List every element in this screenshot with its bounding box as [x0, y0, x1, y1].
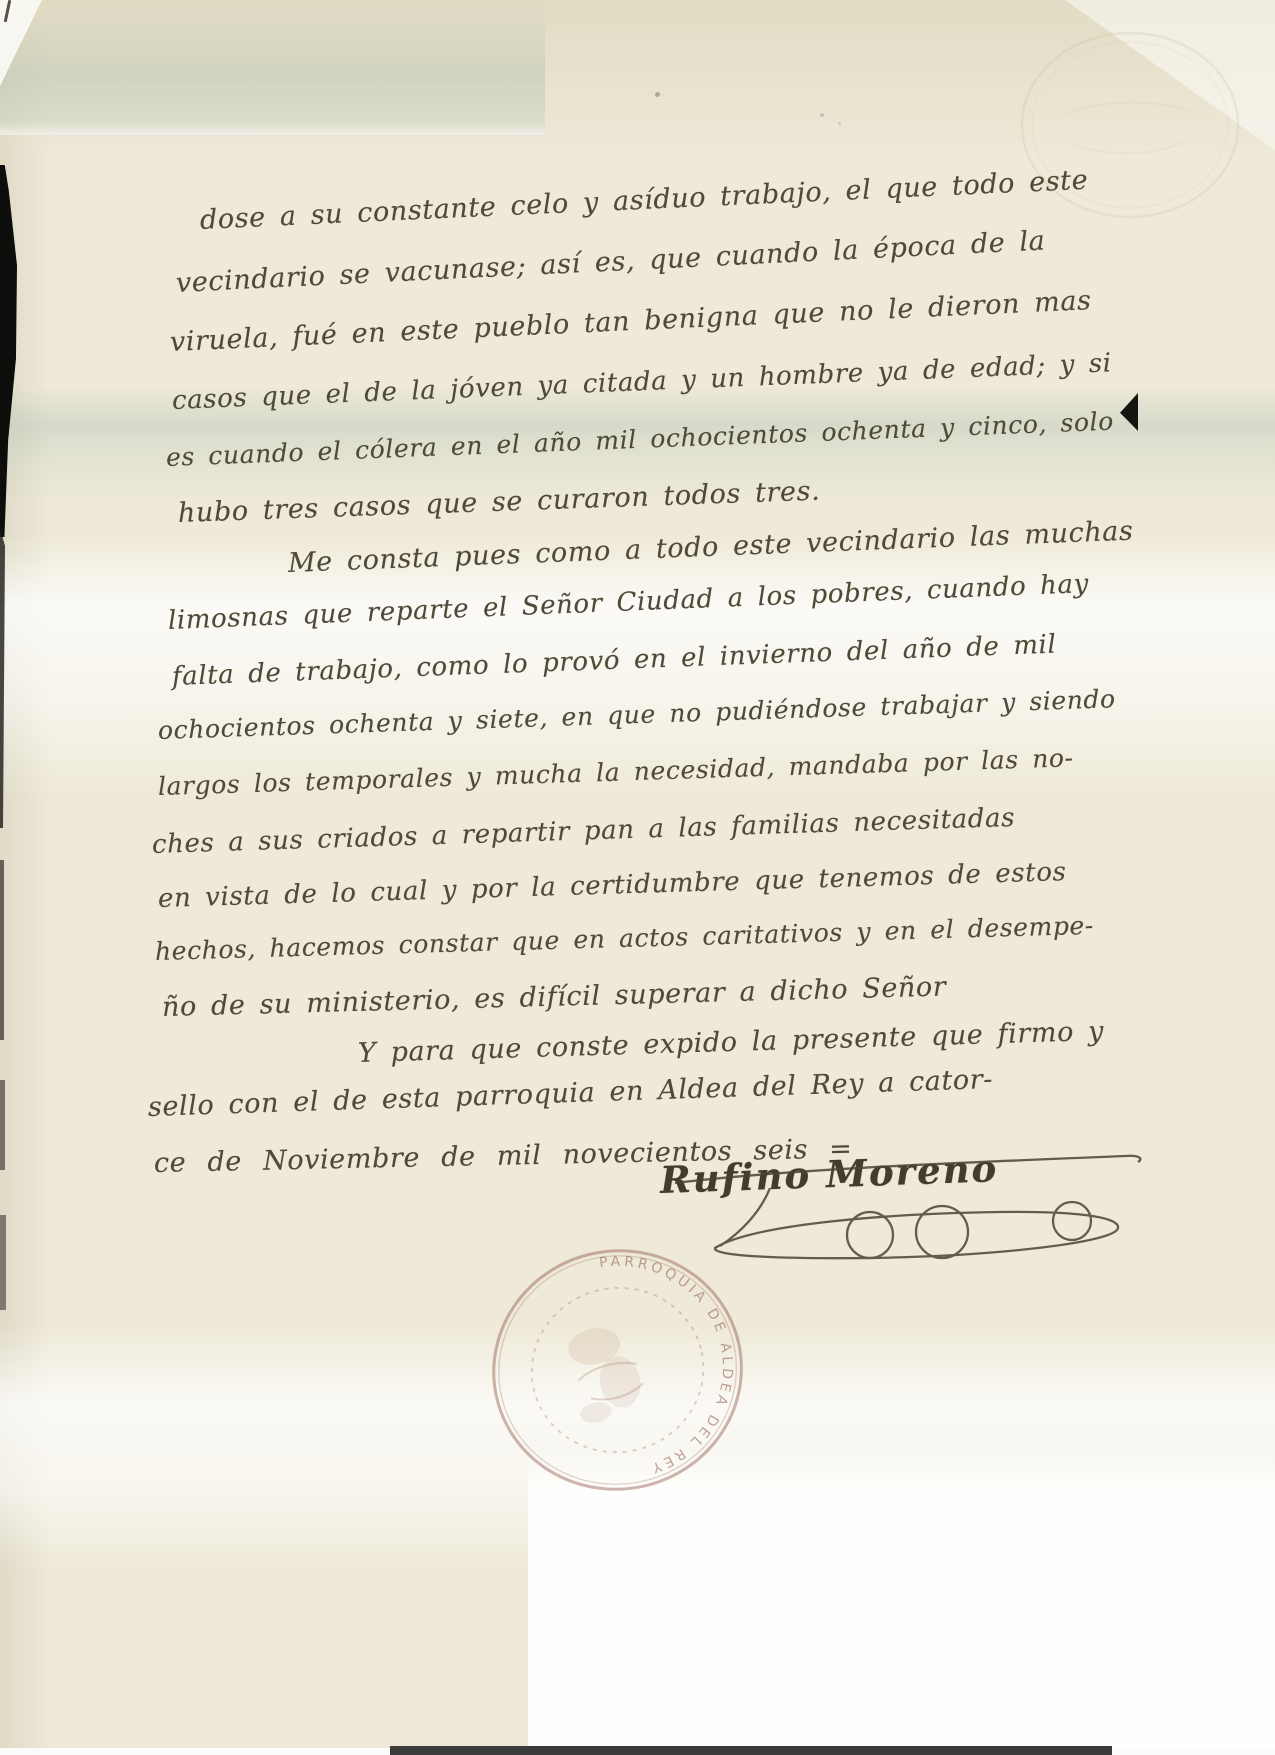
- ink-speck: [838, 122, 841, 125]
- embossed-seal-icon: [975, 20, 1275, 235]
- scan-artifact-left-edge: [0, 1215, 6, 1310]
- scanned-manuscript-page: dose a su constante celo y asíduo trabaj…: [0, 0, 1275, 1755]
- ink-speck: [820, 113, 824, 117]
- scan-artifact-bottom-bar: [390, 1746, 1112, 1755]
- ink-speck: [655, 92, 660, 97]
- scan-artifact-left-edge: [0, 860, 4, 1040]
- paper-fold-band: [0, 0, 545, 135]
- svg-text:PARROQUIA DE ALDEA DEL REY: PARROQUIA DE ALDEA DEL REY: [597, 1232, 756, 1478]
- parish-stamp: PARROQUIA DE ALDEA DEL REY: [440, 1194, 796, 1550]
- stamp-ring-text: PARROQUIA DE ALDEA DEL REY: [597, 1232, 756, 1478]
- scan-artifact-left-edge: [0, 1080, 5, 1170]
